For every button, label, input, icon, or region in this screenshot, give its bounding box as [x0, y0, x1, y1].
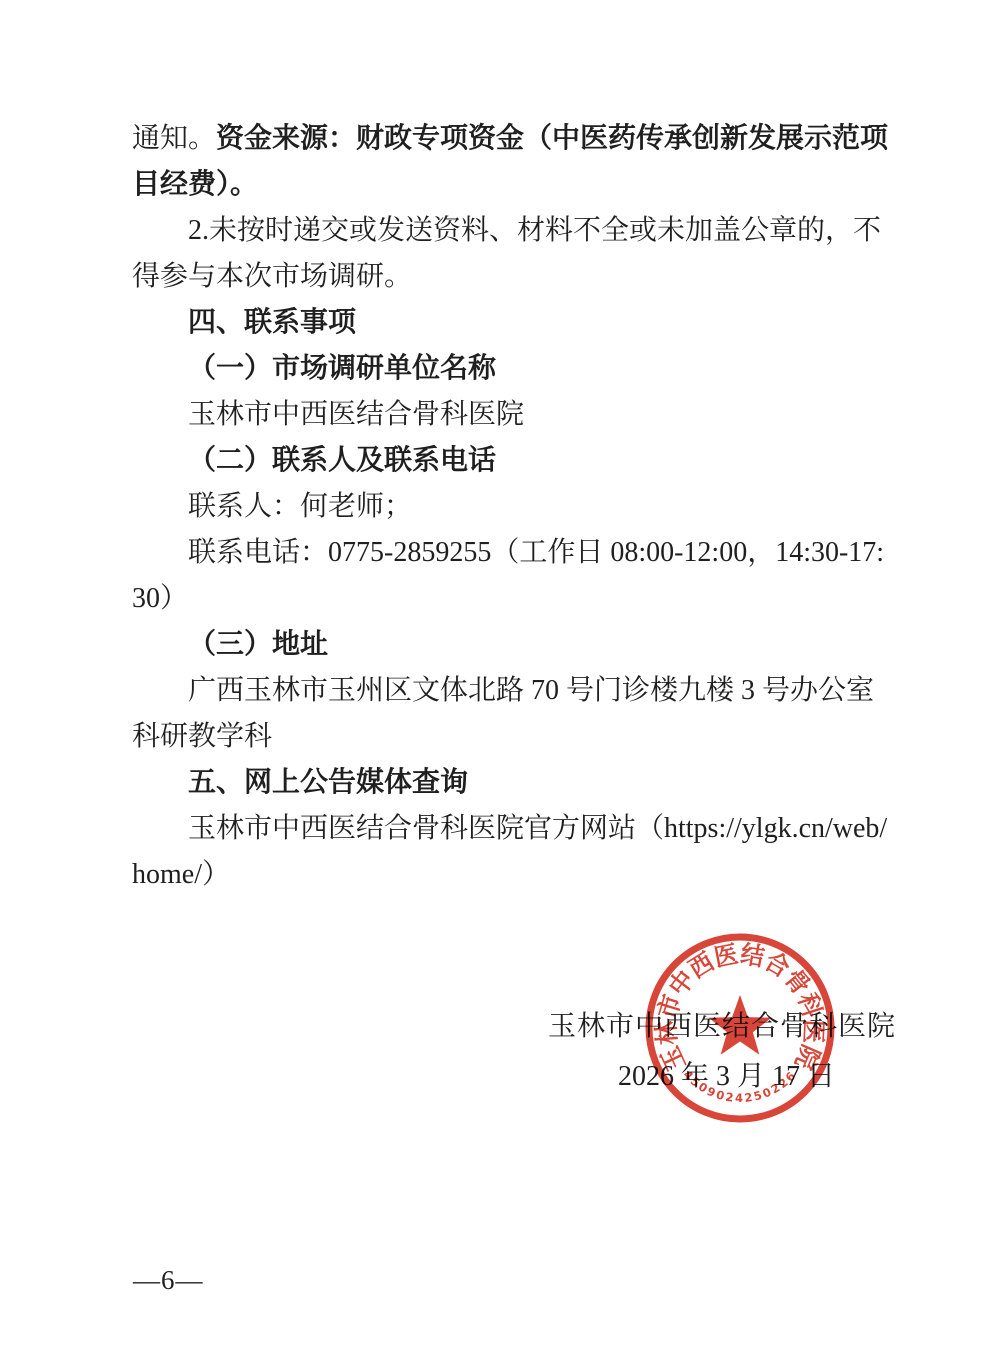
section-heading-contact: 四、联系事项: [132, 300, 880, 346]
funding-source-text: 资金来源：财政专项资金（中医药传承创新发展示范项: [216, 123, 888, 154]
address-text-continued: 科研教学科: [132, 714, 880, 760]
text-line: 30）: [132, 576, 880, 622]
section-heading-online-media: 五、网上公告媒体查询: [132, 760, 880, 806]
contact-person-text: 联系人：何老师；: [132, 484, 880, 530]
text-line: 2.未按时递交或发送资料、材料不全或未加盖公章的，不: [132, 208, 880, 254]
website-text-continued: home/）: [132, 852, 880, 898]
text-line: 通知。资金来源：财政专项资金（中医药传承创新发展示范项: [132, 116, 880, 162]
text-line: 得参与本次市场调研。: [132, 254, 880, 300]
document-page: 通知。资金来源：财政专项资金（中医药传承创新发展示范项 目经费）。 2.未按时递…: [0, 0, 1000, 1368]
unit-name-text: 玉林市中西医结合骨科医院: [132, 392, 880, 438]
document-body: 通知。资金来源：财政专项资金（中医药传承创新发展示范项 目经费）。 2.未按时递…: [132, 116, 880, 898]
website-text: 玉林市中西医结合骨科医院官方网站（https://ylgk.cn/web/: [132, 806, 880, 852]
subsection-heading-contact-person: （二）联系人及联系电话: [132, 438, 880, 484]
text-line: 目经费）。: [132, 162, 880, 208]
star-icon: [709, 995, 772, 1055]
subsection-heading-unit-name: （一）市场调研单位名称: [132, 346, 880, 392]
official-seal: 玉林市中西医结合骨科医院 4509024250226: [640, 928, 840, 1128]
subsection-heading-address: （三）地址: [132, 622, 880, 668]
address-text: 广西玉林市玉州区文体北路 70 号门诊楼九楼 3 号办公室: [132, 668, 880, 714]
page-number: —6—: [133, 1260, 204, 1300]
seal-serial-number: 4509024250226: [680, 1068, 799, 1105]
text-run: 通知。: [132, 123, 216, 154]
contact-phone-text: 联系电话：0775-2859255（工作日 08:00-12:00，14:30-…: [132, 530, 880, 576]
